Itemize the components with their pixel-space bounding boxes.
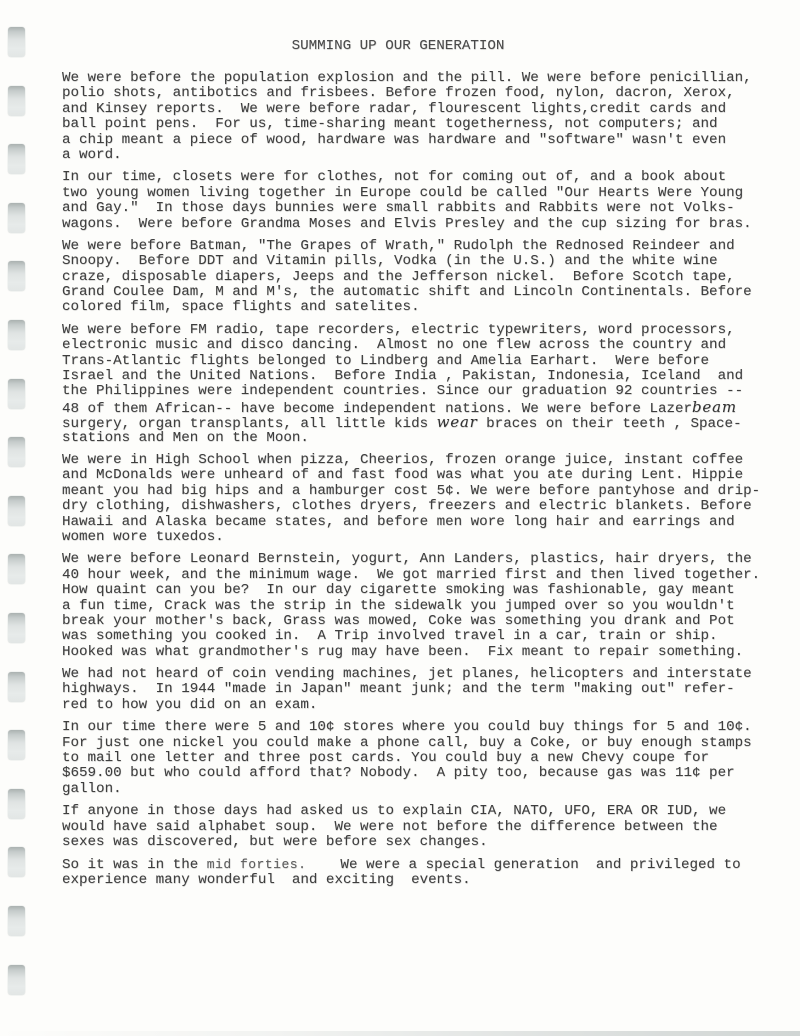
paragraph: In our time there were 5 and 10¢ stores … <box>62 720 774 797</box>
punch-hole <box>8 437 25 467</box>
punch-hole <box>8 847 25 877</box>
text-line: In our time there were 5 and 10¢ stores … <box>62 720 774 735</box>
text-line: ball point pens. For us, time-sharing me… <box>62 117 774 132</box>
punch-hole <box>8 965 25 995</box>
text-line: stations and Men on the Moon. <box>62 431 774 446</box>
text-line: highways. In 1944 "made in Japan" meant … <box>62 682 774 697</box>
punch-hole <box>8 613 25 643</box>
document-body: We were before the population explosion … <box>62 71 774 888</box>
text-line: We were before FM radio, tape recorders,… <box>62 323 774 338</box>
text-line: was something you cooked in. A Trip invo… <box>62 629 774 644</box>
text-line: Snoopy. Before DDT and Vitamin pills, Vo… <box>62 254 774 269</box>
handwritten-text: beam <box>692 398 737 416</box>
paragraph: We were in High School when pizza, Cheer… <box>62 453 774 545</box>
text-line: 48 of them African-- have become indepen… <box>62 400 774 415</box>
punch-hole <box>8 86 25 116</box>
punch-hole <box>8 379 25 409</box>
punch-hole <box>8 27 25 57</box>
paragraph: We had not heard of coin vending machine… <box>62 667 774 713</box>
document-title: SUMMING UP OUR GENERATION <box>62 38 774 54</box>
punch-hole <box>8 554 25 584</box>
paragraph: We were before the population explosion … <box>62 71 774 163</box>
text-line: Hooked was what grandmother's rug may ha… <box>62 645 774 660</box>
paragraph: We were before FM radio, tape recorders,… <box>62 323 774 446</box>
text-line: craze, disposable diapers, Jeeps and the… <box>62 270 774 285</box>
punch-hole <box>8 261 25 291</box>
text-line: two young women living together in Europ… <box>62 186 774 201</box>
document-page: SUMMING UP OUR GENERATION We were before… <box>0 0 800 1036</box>
text-line: a word. <box>62 148 774 163</box>
text-line: We were before Leonard Bernstein, yogurt… <box>62 552 774 567</box>
text-line: 40 hour week, and the minimum wage. We g… <box>62 568 774 583</box>
text-line: and Kinsey reports. We were before radar… <box>62 102 774 117</box>
text-line: red to how you did on an exam. <box>62 698 774 713</box>
scan-edge <box>0 1031 800 1036</box>
text-line: How quaint can you be? In our day cigare… <box>62 583 774 598</box>
text-segment: braces on their teeth , Space- <box>478 416 742 432</box>
inserted-text: mid forties. <box>207 857 307 872</box>
text-line: and McDonalds were unheard of and fast f… <box>62 468 774 483</box>
punch-hole <box>8 320 25 350</box>
text-segment: So it was in the <box>62 857 207 873</box>
text-line: dry clothing, dishwashers, clothes dryer… <box>62 499 774 514</box>
text-line: $659.00 but who could afford that? Nobod… <box>62 766 774 781</box>
text-line: a chip meant a piece of wood, hardware w… <box>62 133 774 148</box>
paragraph: We were before Batman, "The Grapes of Wr… <box>62 239 774 316</box>
text-line: experience many wonderful and exciting e… <box>62 873 774 888</box>
text-line: If anyone in those days had asked us to … <box>62 804 774 819</box>
text-line: gallon. <box>62 782 774 797</box>
punch-hole <box>8 203 25 233</box>
text-line: surgery, organ transplants, all little k… <box>62 415 774 430</box>
binder-holes <box>0 0 40 1036</box>
text-line: meant you had big hips and a hamburger c… <box>62 484 774 499</box>
paragraph: We were before Leonard Bernstein, yogurt… <box>62 552 774 660</box>
document-content: SUMMING UP OUR GENERATION We were before… <box>62 38 774 895</box>
text-line: women wore tuxedos. <box>62 530 774 545</box>
punch-hole <box>8 496 25 526</box>
text-line: would have said alphabet soup. We were n… <box>62 820 774 835</box>
text-line: For just one nickel you could make a pho… <box>62 736 774 751</box>
text-line: Hawaii and Alaska became states, and bef… <box>62 515 774 530</box>
punch-hole <box>8 730 25 760</box>
punch-hole <box>8 672 25 702</box>
text-line: wagons. Were before Grandma Moses and El… <box>62 217 774 232</box>
text-line: polio shots, antibotics and frisbees. Be… <box>62 86 774 101</box>
text-line: break your mother's back, Grass was mowe… <box>62 614 774 629</box>
text-line: the Philippines were independent countri… <box>62 384 774 399</box>
text-line: sexes was discovered, but were before se… <box>62 835 774 850</box>
punch-hole <box>8 789 25 819</box>
paragraph: In our time, closets were for clothes, n… <box>62 170 774 232</box>
text-line: and Gay." In those days bunnies were sma… <box>62 201 774 216</box>
punch-hole <box>8 906 25 936</box>
text-line: In our time, closets were for clothes, n… <box>62 170 774 185</box>
text-line: So it was in the mid forties. We were a … <box>62 857 774 872</box>
paragraph: So it was in the mid forties. We were a … <box>62 857 774 888</box>
text-line: Trans-Atlantic flights belonged to Lindb… <box>62 354 774 369</box>
text-line: We were before Batman, "The Grapes of Wr… <box>62 239 774 254</box>
text-line: colored film, space flights and satelite… <box>62 300 774 315</box>
text-line: a fun time, Crack was the strip in the s… <box>62 599 774 614</box>
handwritten-text: wear <box>437 413 478 431</box>
punch-hole <box>8 144 25 174</box>
paragraph: If anyone in those days had asked us to … <box>62 804 774 850</box>
text-segment: We were a special generation and privile… <box>306 857 740 873</box>
text-line: electronic music and disco dancing. Almo… <box>62 338 774 353</box>
